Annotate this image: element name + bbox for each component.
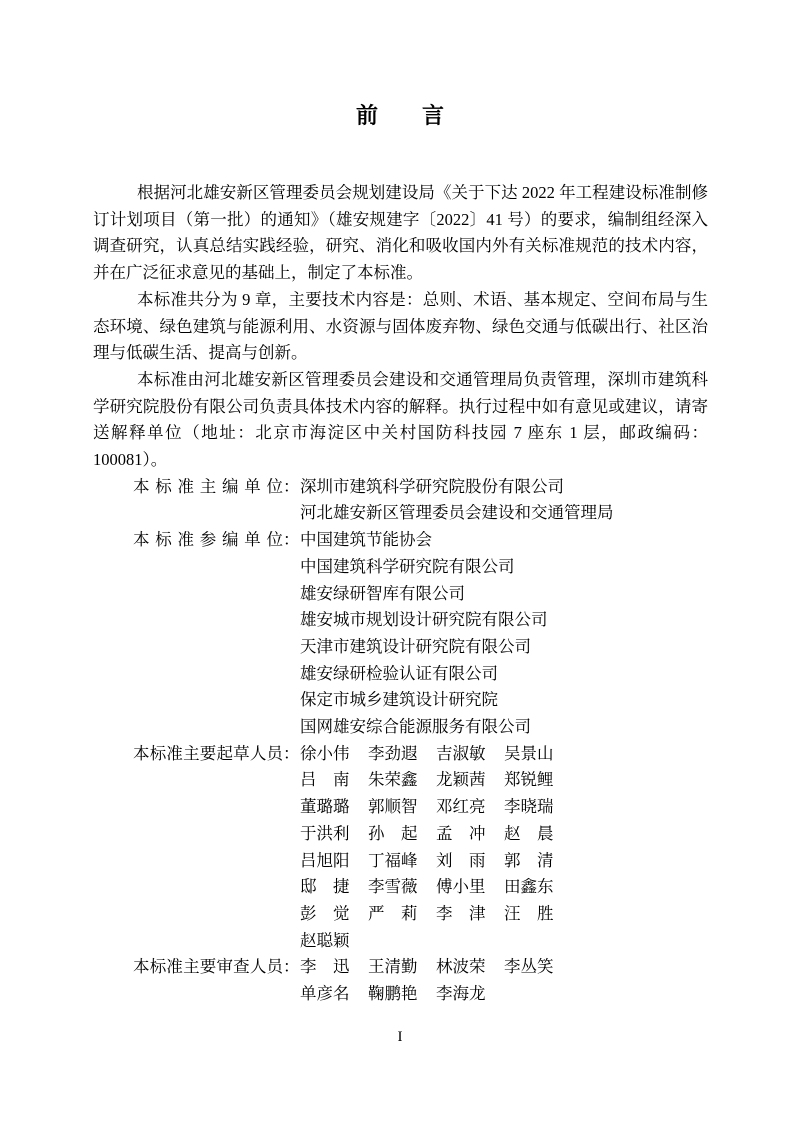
name-row: 徐小伟 李劲遐 吉淑敏 吴景山: [300, 741, 708, 768]
person-name: 于洪利: [300, 821, 350, 848]
preface-paragraph-1: 根据河北雄安新区管理委员会规划建设局《关于下达 2022 年工程建设标准制修订计…: [93, 180, 708, 287]
credit-values: 中国建筑节能协会 中国建筑科学研究院有限公司 雄安绿研智库有限公司 雄安城市规划…: [300, 527, 708, 741]
person-name: 鞠鹏艳: [368, 981, 418, 1008]
person-name: 李 津: [436, 901, 486, 928]
person-name: 郭 清: [504, 848, 554, 875]
person-name: 孙 起: [368, 821, 418, 848]
credit-colon: ：: [283, 954, 300, 981]
document-page: 前 言 根据河北雄安新区管理委员会规划建设局《关于下达 2022 年工程建设标准…: [0, 0, 800, 1132]
person-name: 林波荣: [436, 954, 486, 981]
person-name: 李海龙: [436, 981, 486, 1008]
credit-colon: ：: [283, 741, 300, 768]
org-name: 天津市建筑设计研究院有限公司: [300, 634, 708, 661]
person-name: 孟 冲: [436, 821, 486, 848]
credit-values: 李 迅 王清勤 林波荣 李丛笑 单彦名 鞠鹏艳 李海龙: [300, 954, 708, 1007]
person-name: 邸 捷: [300, 874, 350, 901]
person-name: 李丛笑: [504, 954, 554, 981]
name-row: 于洪利 孙 起 孟 冲 赵 晨: [300, 821, 708, 848]
name-row: 邸 捷 李雪薇 傅小里 田鑫东: [300, 874, 708, 901]
person-name: 王清勤: [368, 954, 418, 981]
name-row: 吕旭阳 丁福峰 刘 雨 郭 清: [300, 848, 708, 875]
person-name: 徐小伟: [300, 741, 350, 768]
person-name: 吉淑敏: [436, 741, 486, 768]
org-name: 中国建筑科学研究院有限公司: [300, 554, 708, 581]
credit-section-participating: 本标准参编单位 ： 中国建筑节能协会 中国建筑科学研究院有限公司 雄安绿研智库有…: [133, 527, 708, 741]
org-name: 国网雄安综合能源服务有限公司: [300, 714, 708, 741]
person-name: 李 迅: [300, 954, 350, 981]
page-title: 前 言: [0, 102, 800, 130]
org-name: 雄安绿研智库有限公司: [300, 581, 708, 608]
person-name: 单彦名: [300, 981, 350, 1008]
person-name: 李晓瑞: [504, 794, 554, 821]
person-name: 李劲遐: [368, 741, 418, 768]
person-name: 龙颖茜: [436, 767, 486, 794]
name-row: 李 迅 王清勤 林波荣 李丛笑: [300, 954, 708, 981]
person-name: 吴景山: [504, 741, 554, 768]
credit-colon: ：: [283, 474, 300, 501]
name-row: 董璐璐 郭顺智 邓红亮 李晓瑞: [300, 794, 708, 821]
credit-values: 徐小伟 李劲遐 吉淑敏 吴景山 吕 南 朱荣鑫 龙颖茜 郑锐鲤 董璐璐 郭顺智 …: [300, 741, 708, 955]
credit-section-reviewers: 本标准主要审查人员 ： 李 迅 王清勤 林波荣 李丛笑 单彦名 鞠鹏艳 李海龙: [133, 954, 708, 1007]
person-name: 吕旭阳: [300, 848, 350, 875]
org-name: 保定市城乡建筑设计研究院: [300, 687, 708, 714]
name-row: 单彦名 鞠鹏艳 李海龙: [300, 981, 708, 1008]
org-name: 中国建筑节能协会: [300, 527, 708, 554]
name-row: 吕 南 朱荣鑫 龙颖茜 郑锐鲤: [300, 767, 708, 794]
credit-section-chief-editor: 本标准主编单位 ： 深圳市建筑科学研究院股份有限公司 河北雄安新区管理委员会建设…: [133, 474, 708, 527]
credit-label: 本标准主要审查人员: [133, 954, 283, 981]
person-name: 傅小里: [436, 874, 486, 901]
person-name: 朱荣鑫: [368, 767, 418, 794]
person-name: 邓红亮: [436, 794, 486, 821]
org-name: 雄安城市规划设计研究院有限公司: [300, 607, 708, 634]
person-name: 吕 南: [300, 767, 350, 794]
person-name: 彭 觉: [300, 901, 350, 928]
name-row: 赵聪颖: [300, 928, 708, 955]
person-name: 郑锐鲤: [504, 767, 554, 794]
page-number: I: [0, 1028, 800, 1046]
person-name: 董璐璐: [300, 794, 350, 821]
person-name: 严 莉: [368, 901, 418, 928]
preface-paragraph-2: 本标准共分为 9 章，主要技术内容是：总则、术语、基本规定、空间布局与生态环境、…: [93, 287, 708, 367]
credit-label: 本标准参编单位: [133, 527, 283, 554]
person-name: 郭顺智: [368, 794, 418, 821]
credit-label: 本标准主编单位: [133, 474, 283, 501]
document-body: 根据河北雄安新区管理委员会规划建设局《关于下达 2022 年工程建设标准制修订计…: [93, 180, 708, 1008]
credit-section-drafters: 本标准主要起草人员 ： 徐小伟 李劲遐 吉淑敏 吴景山 吕 南 朱荣鑫 龙颖茜 …: [133, 741, 708, 955]
org-name: 雄安绿研检验认证有限公司: [300, 661, 708, 688]
person-name: 赵 晨: [504, 821, 554, 848]
credit-values: 深圳市建筑科学研究院股份有限公司 河北雄安新区管理委员会建设和交通管理局: [300, 474, 708, 527]
credit-label: 本标准主要起草人员: [133, 741, 283, 768]
person-name: 丁福峰: [368, 848, 418, 875]
person-name: 赵聪颖: [300, 928, 350, 955]
name-row: 彭 觉 严 莉 李 津 汪 胜: [300, 901, 708, 928]
person-name: 李雪薇: [368, 874, 418, 901]
credit-colon: ：: [283, 527, 300, 554]
person-name: 田鑫东: [504, 874, 554, 901]
preface-paragraph-3: 本标准由河北雄安新区管理委员会建设和交通管理局负责管理，深圳市建筑科学研究院股份…: [93, 367, 708, 474]
person-name: 刘 雨: [436, 848, 486, 875]
person-name: 汪 胜: [504, 901, 554, 928]
org-name: 深圳市建筑科学研究院股份有限公司: [300, 474, 708, 501]
org-name: 河北雄安新区管理委员会建设和交通管理局: [300, 500, 708, 527]
